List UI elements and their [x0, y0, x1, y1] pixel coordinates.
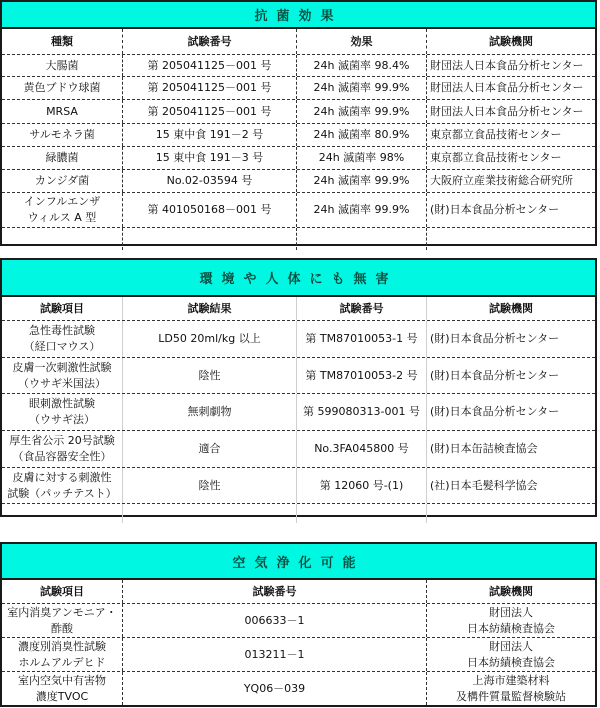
cell-test-number: 第 TM87010053-2 号: [297, 358, 427, 393]
cell-effect: 24h 滅菌率 99.9%: [297, 77, 427, 99]
table-header-row: 試験項目 試験番号 試験機関: [2, 580, 595, 604]
cell-test-item: 厚生省公示 20号試験 （食品容器安全性）: [2, 431, 123, 467]
cell-institution: (社)日本毛髪科学協会: [427, 468, 595, 503]
cell-test-number: 第 12060 号-(1): [297, 468, 427, 503]
table-row-empty: [2, 504, 595, 523]
header-test-number: 試験番号: [297, 297, 427, 320]
air-purification-table: 空気浄化可能 試験項目 試験番号 試験機関 室内消臭アンモニア・ 酢酸 0066…: [0, 542, 597, 707]
cell-institution: [427, 228, 595, 250]
cell-institution: 東京都立食品技術センター: [427, 124, 595, 146]
cell-effect: 24h 滅菌率 99.9%: [297, 170, 427, 192]
safety-title: 環境や人体にも無害: [2, 260, 595, 297]
table-row: 室内消臭アンモニア・ 酢酸 006633－1 財団法人 日本紡績検査協会: [2, 604, 595, 638]
cell-test-item: 急性毒性試験 （経口マウス）: [2, 321, 123, 357]
header-test-number: 試験番号: [123, 580, 427, 603]
cell-institution: 財団法人日本食品分析センター: [427, 77, 595, 99]
cell-test-result: LD50 20ml/kg 以上: [123, 321, 297, 357]
cell-test-item: 濃度別消臭性試験 ホルムアルデヒド: [2, 638, 123, 671]
cell-test-number: 第 205041125－001 号: [123, 100, 297, 123]
cell-effect: [297, 228, 427, 250]
header-institution: 試験機関: [427, 29, 595, 54]
table-header-row: 試験項目 試験結果 試験番号 試験機関: [2, 297, 595, 321]
safety-table: 環境や人体にも無害 試験項目 試験結果 試験番号 試験機関 急性毒性試験 （経口…: [0, 258, 597, 517]
table-row: サルモネラ菌 15 東中食 191－2 号 24h 滅菌率 80.9% 東京都立…: [2, 124, 595, 147]
cell-institution: 財団法人日本食品分析センター: [427, 55, 595, 76]
header-institution: 試験機関: [427, 580, 595, 603]
cell-test-number: 第 TM87010053-1 号: [297, 321, 427, 357]
table-row: 黄色ブドウ球菌 第 205041125－001 号 24h 滅菌率 99.9% …: [2, 77, 595, 100]
table-row: 眼刺激性試験 （ウサギ法） 無刺劇物 第 599080313-001 号 (財)…: [2, 394, 595, 431]
header-test-number: 試験番号: [123, 29, 297, 54]
cell-type: 緑膿菌: [2, 147, 123, 169]
cell-institution: (財)日本食品分析センター: [427, 358, 595, 393]
header-type: 種類: [2, 29, 123, 54]
cell-institution: 財団法人 日本紡績検査協会: [427, 604, 595, 637]
cell-test-item: 室内消臭アンモニア・ 酢酸: [2, 604, 123, 637]
cell-effect: 24h 滅菌率 98%: [297, 147, 427, 169]
table-row: インフルエンザ ウィルス A 型 第 401050168－001 号 24h 滅…: [2, 193, 595, 228]
cell-institution: 財団法人 日本紡績検査協会: [427, 638, 595, 671]
table-row-empty: [2, 228, 595, 250]
table-row: 皮膚に対する刺激性 試験（パッチテスト） 陰性 第 12060 号-(1) (社…: [2, 468, 595, 504]
cell-institution: 大阪府立産業技術総合研究所: [427, 170, 595, 192]
cell-test-result: 無刺劇物: [123, 394, 297, 430]
cell-test-item: 皮膚に対する刺激性 試験（パッチテスト）: [2, 468, 123, 503]
cell-test-result: 陰性: [123, 358, 297, 393]
header-test-result: 試験結果: [123, 297, 297, 320]
cell-type: 大腸菌: [2, 55, 123, 76]
cell-test-number: YQ06－039: [123, 672, 427, 705]
cell-test-number: 第 205041125－001 号: [123, 55, 297, 76]
header-test-item: 試験項目: [2, 297, 123, 320]
cell-institution: 財団法人日本食品分析センター: [427, 100, 595, 123]
antibacterial-table: 抗菌効果 種類 試験番号 効果 試験機関 大腸菌 第 205041125－001…: [0, 0, 597, 246]
header-test-item: 試験項目: [2, 580, 123, 603]
cell-test-item: 眼刺激性試験 （ウサギ法）: [2, 394, 123, 430]
table-row: 大腸菌 第 205041125－001 号 24h 滅菌率 98.4% 財団法人…: [2, 55, 595, 77]
cell-institution: (財)日本食品分析センター: [427, 394, 595, 430]
cell-test-number: 第 401050168－001 号: [123, 193, 297, 227]
table-row: 濃度別消臭性試験 ホルムアルデヒド 013211－1 財団法人 日本紡績検査協会: [2, 638, 595, 672]
cell-test-result: [123, 504, 297, 523]
cell-institution: (財)日本缶詰検査協会: [427, 431, 595, 467]
cell-test-number: 第 205041125－001 号: [123, 77, 297, 99]
cell-type: [2, 228, 123, 250]
cell-effect: 24h 滅菌率 80.9%: [297, 124, 427, 146]
table-row: カンジダ菌 No.02-03594 号 24h 滅菌率 99.9% 大阪府立産業…: [2, 170, 595, 193]
cell-institution: [427, 504, 595, 523]
cell-institution: 上海市建築材料 及構件質量監督検験站: [427, 672, 595, 705]
cell-test-number: 006633－1: [123, 604, 427, 637]
cell-institution: 東京都立食品技術センター: [427, 147, 595, 169]
cell-test-result: 陰性: [123, 468, 297, 503]
antibacterial-title: 抗菌効果: [2, 2, 595, 29]
cell-type: MRSA: [2, 100, 123, 123]
table-header-row: 種類 試験番号 効果 試験機関: [2, 29, 595, 55]
cell-test-item: [2, 504, 123, 523]
cell-test-number: No.02-03594 号: [123, 170, 297, 192]
cell-institution: (財)日本食品分析センター: [427, 321, 595, 357]
table-row: 厚生省公示 20号試験 （食品容器安全性） 適合 No.3FA045800 号 …: [2, 431, 595, 468]
cell-test-item: 室内空気中有害物 濃度TVOC: [2, 672, 123, 705]
cell-test-item: 皮膚一次刺激性試験 （ウサギ米国法）: [2, 358, 123, 393]
cell-test-number: 第 599080313-001 号: [297, 394, 427, 430]
cell-test-number: [123, 228, 297, 250]
cell-effect: 24h 滅菌率 98.4%: [297, 55, 427, 76]
header-institution: 試験機関: [427, 297, 595, 320]
cell-type: カンジダ菌: [2, 170, 123, 192]
cell-test-number: 15 東中食 191－2 号: [123, 124, 297, 146]
cell-effect: 24h 滅菌率 99.9%: [297, 193, 427, 227]
cell-test-number: No.3FA045800 号: [297, 431, 427, 467]
table-row: 室内空気中有害物 濃度TVOC YQ06－039 上海市建築材料 及構件質量監督…: [2, 672, 595, 705]
cell-type: 黄色ブドウ球菌: [2, 77, 123, 99]
cell-effect: 24h 滅菌率 99.9%: [297, 100, 427, 123]
table-row: 皮膚一次刺激性試験 （ウサギ米国法） 陰性 第 TM87010053-2 号 (…: [2, 358, 595, 394]
cell-type: サルモネラ菌: [2, 124, 123, 146]
cell-type: インフルエンザ ウィルス A 型: [2, 193, 123, 227]
cell-institution: (財)日本食品分析センター: [427, 193, 595, 227]
cell-test-number: [297, 504, 427, 523]
table-row: 緑膿菌 15 東中食 191－3 号 24h 滅菌率 98% 東京都立食品技術セ…: [2, 147, 595, 170]
cell-test-number: 15 東中食 191－3 号: [123, 147, 297, 169]
cell-test-result: 適合: [123, 431, 297, 467]
table-row: 急性毒性試験 （経口マウス） LD50 20ml/kg 以上 第 TM87010…: [2, 321, 595, 358]
cell-test-number: 013211－1: [123, 638, 427, 671]
table-row: MRSA 第 205041125－001 号 24h 滅菌率 99.9% 財団法…: [2, 100, 595, 124]
air-purification-title: 空気浄化可能: [2, 544, 595, 580]
header-effect: 効果: [297, 29, 427, 54]
